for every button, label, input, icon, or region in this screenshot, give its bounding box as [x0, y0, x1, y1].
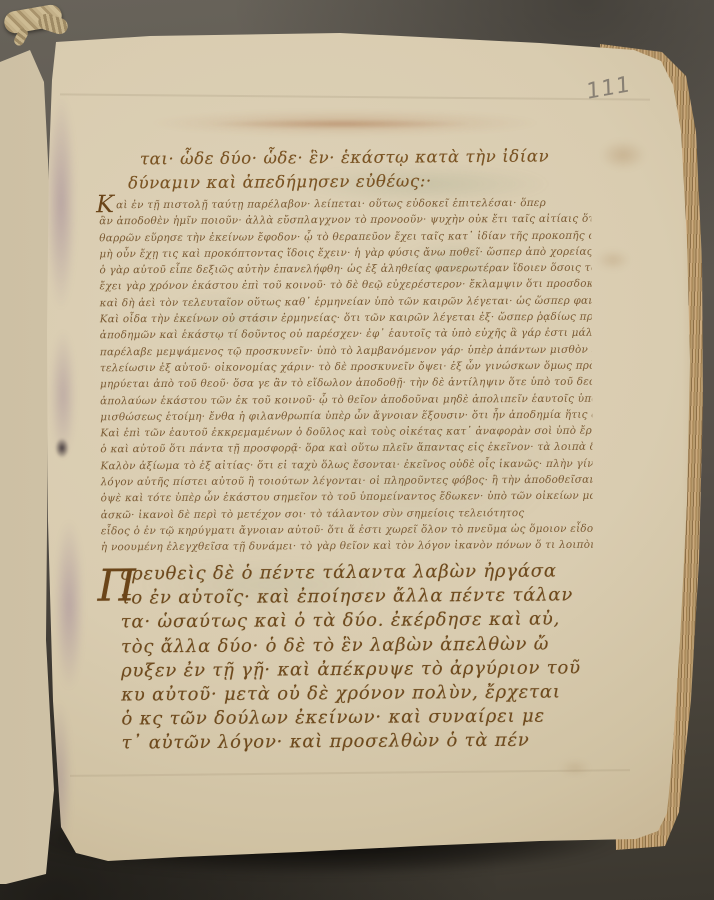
parchment-page: 111 ται· ὧδε δύο· ὧδε· ἓν· ἑκάστῳ κατὰ τ… — [0, 0, 714, 900]
lemma-line: κυ αὐτοῦ· μετὰ οὐ δὲ χρόνον πολὺν, ἔρχετ… — [100, 680, 581, 708]
lemma-line: ρυξεν ἐν τῇ γῇ· καὶ ἀπέκρυψε τὸ ἀργύριον… — [100, 656, 581, 684]
binding-hole-mark — [55, 438, 69, 458]
lemma-heading-block: ται· ὧδε δύο· ὧδε· ἓν· ἑκάστῳ κατὰ τὴν ἰ… — [128, 145, 550, 196]
gutter-stain — [54, 520, 84, 690]
lemma-line: ὁ κς τῶν δούλων ἐκείνων· καὶ συναίρει με — [100, 705, 581, 733]
commentary-line: ἡ νοουμένη ἐλεγχθεῖσα τῇ δυνάμει· τὸ γὰρ… — [101, 537, 593, 556]
heading-line: δύναμιν καὶ ἀπεδήμησεν εὐθέως:· — [128, 169, 550, 196]
drop-initial-kappa: Κ — [96, 192, 114, 216]
brown-stain — [560, 760, 590, 776]
manuscript-photo: 111 ται· ὧδε δύο· ὧδε· ἓν· ἑκάστῳ κατὰ τ… — [0, 0, 714, 900]
lemma-line: το ἐν αὑτοῖς· καὶ ἐποίησεν ἄλλα πέντε τά… — [99, 584, 580, 612]
endband-cord — [4, 4, 74, 44]
endband-cord-braid — [36, 12, 69, 36]
drop-initial-pi: Π — [97, 564, 136, 608]
lemma-line: τα· ὡσαύτως καὶ ὁ τὰ δύο. ἐκέρδησε καὶ α… — [100, 608, 581, 636]
commentary-line: ἂν ἀποδοθὲν ἡμῖν ποιοῦν· ἀλλὰ εὔσπλαγχνο… — [99, 211, 591, 230]
gutter-stain — [46, 95, 76, 310]
brown-stain — [596, 250, 630, 270]
lemma-line: τὸς ἄλλα δύο· ὁ δὲ τὸ ἓν λαβὼν ἀπελθὼν ὤ — [100, 632, 581, 660]
lemma-line: τ᾽ αὐτῶν λόγον· καὶ προσελθὼν ὁ τὰ πέν — [101, 729, 582, 757]
ink-offset-stain — [210, 119, 470, 129]
lemma-block: Π ορευθεὶς δὲ ὁ πέντε τάλαντα λαβὼν ἠργά… — [99, 559, 581, 756]
brown-stain — [600, 140, 646, 170]
lemma-line: ορευθεὶς δὲ ὁ πέντε τάλαντα λαβὼν ἠργάσα — [99, 559, 580, 587]
commentary-line: μηρύεται ἀπὸ τοῦ θεοῦ· ὅσα γε ἂν τὸ εἴδω… — [100, 374, 592, 393]
commentary-block: Κ αὶ ἐν τῇ πιστολῇ ταύτῃ παρέλαβον· λείπ… — [99, 195, 593, 556]
heading-line: ται· ὧδε δύο· ὧδε· ἓν· ἑκάστῳ κατὰ τὴν ἰ… — [128, 145, 550, 172]
